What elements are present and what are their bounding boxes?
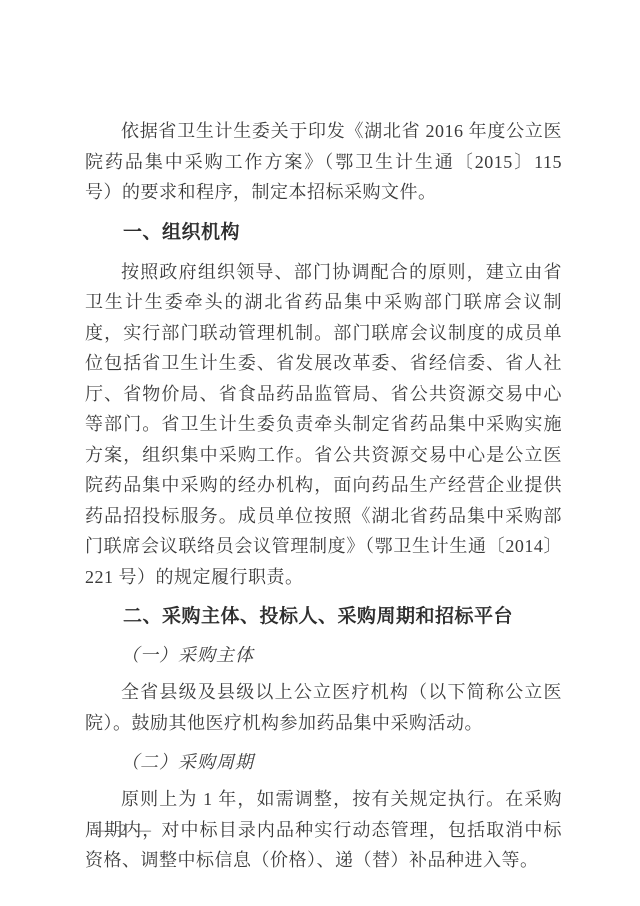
- section-1-paragraph: 按照政府组织领导、部门协调配合的原则，建立由省卫生计生委牵头的湖北省药品集中采购…: [85, 257, 562, 593]
- subsection-2-2-heading: （二）采购周期: [85, 748, 562, 776]
- page-number: — 2 —: [95, 822, 153, 840]
- subsection-2-2-paragraph: 原则上为 1 年，如需调整，按有关规定执行。在采购周期内，对中标目录内品种实行动…: [85, 784, 562, 876]
- document-page: 依据省卫生计生委关于印发《湖北省 2016 年度公立医院药品集中采购工作方案》（…: [0, 0, 640, 906]
- subsection-2-1-heading: （一）采购主体: [85, 641, 562, 669]
- section-2-heading: 二、采购主体、投标人、采购周期和招标平台: [85, 603, 562, 631]
- section-1-heading: 一、组织机构: [85, 219, 562, 247]
- subsection-2-1-paragraph: 全省县级及县级以上公立医疗机构（以下简称公立医院）。鼓励其他医疗机构参加药品集中…: [85, 677, 562, 738]
- intro-paragraph: 依据省卫生计生委关于印发《湖北省 2016 年度公立医院药品集中采购工作方案》（…: [85, 116, 562, 208]
